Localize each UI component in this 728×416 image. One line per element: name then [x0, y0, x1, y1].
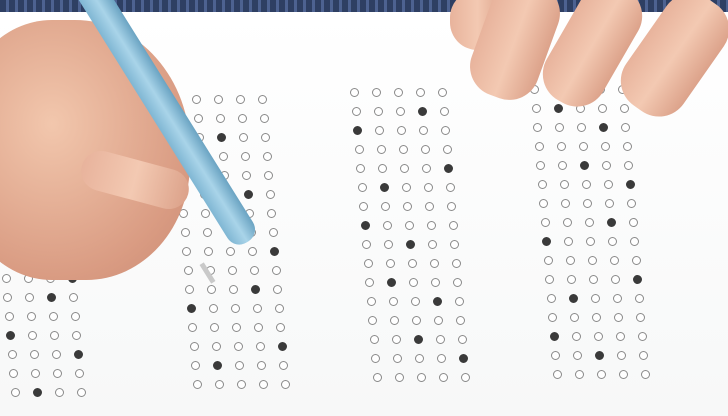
answer-bubble — [447, 202, 456, 211]
answer-bubble — [604, 180, 613, 189]
answer-bubble — [437, 354, 446, 363]
answer-bubble — [409, 278, 418, 287]
answer-bubble — [185, 285, 194, 294]
answer-bubble — [569, 294, 578, 303]
answer-bubble — [187, 304, 196, 313]
answer-bubble — [250, 266, 259, 275]
answer-bubble — [453, 278, 462, 287]
answer-bubble — [232, 323, 241, 332]
answer-bubble — [389, 297, 398, 306]
answer-bubble — [627, 199, 636, 208]
answer-bubble — [210, 323, 219, 332]
answer-bubble — [611, 275, 620, 284]
answer-bubble — [610, 256, 619, 265]
answer-bubble — [461, 373, 470, 382]
answer-bubble — [55, 388, 64, 397]
answer-bubble — [201, 209, 210, 218]
answer-bubble — [258, 95, 267, 104]
answer-bubble — [390, 316, 399, 325]
answer-bubble — [542, 237, 551, 246]
answer-bubble — [591, 294, 600, 303]
answer-bubble — [72, 331, 81, 340]
answer-bubble — [251, 285, 260, 294]
answer-bubble — [386, 259, 395, 268]
answer-bubble — [421, 145, 430, 154]
answer-bubble — [427, 221, 436, 230]
answer-bubble — [629, 218, 638, 227]
answer-bubble — [623, 142, 632, 151]
answer-bubble — [583, 199, 592, 208]
answer-bubble — [433, 297, 442, 306]
answer-bubble — [27, 312, 36, 321]
answer-bubble — [455, 297, 464, 306]
answer-bubble — [561, 199, 570, 208]
answer-bubble — [244, 190, 253, 199]
answer-bubble — [607, 218, 616, 227]
answer-bubble — [355, 145, 364, 154]
answer-bubble — [47, 293, 56, 302]
answer-bubble — [535, 142, 544, 151]
answer-bubble — [380, 183, 389, 192]
answer-bubble — [620, 104, 629, 113]
answer-bubble — [635, 294, 644, 303]
answer-bubble — [352, 107, 361, 116]
answer-bubble — [214, 95, 223, 104]
answer-bubble — [356, 164, 365, 173]
answer-bubble — [557, 142, 566, 151]
answer-bubble — [9, 369, 18, 378]
answer-bubble — [267, 209, 276, 218]
answer-bubble — [213, 361, 222, 370]
answer-bubble — [586, 237, 595, 246]
answer-bubble — [242, 171, 251, 180]
answer-bubble — [594, 332, 603, 341]
answer-bubble — [8, 350, 17, 359]
answer-bubble — [253, 304, 262, 313]
answer-bubble — [256, 342, 265, 351]
answer-bubble — [241, 152, 250, 161]
answer-bubble — [275, 304, 284, 313]
answer-bubble — [204, 247, 213, 256]
answer-bubble — [399, 145, 408, 154]
answer-bubble — [215, 380, 224, 389]
answer-bubble — [397, 126, 406, 135]
answer-bubble — [599, 123, 608, 132]
answer-bubble — [597, 370, 606, 379]
answer-bubble — [440, 107, 449, 116]
answer-bubble — [181, 228, 190, 237]
answer-bubble — [188, 323, 197, 332]
answer-bubble — [405, 221, 414, 230]
answer-bubble — [605, 199, 614, 208]
answer-bubble — [272, 266, 281, 275]
answer-bubble — [428, 240, 437, 249]
answer-bubble — [237, 380, 246, 389]
answer-bubble — [191, 361, 200, 370]
answer-bubble — [414, 335, 423, 344]
answer-bubble — [621, 123, 630, 132]
answer-bubble — [378, 164, 387, 173]
answer-bubble — [553, 370, 562, 379]
answer-bubble — [383, 221, 392, 230]
answer-bubble — [353, 126, 362, 135]
answer-bubble — [555, 123, 564, 132]
answer-bubble — [419, 126, 428, 135]
answer-bubble — [393, 354, 402, 363]
answer-bubble — [279, 361, 288, 370]
answer-bubble — [544, 256, 553, 265]
answer-bubble — [276, 323, 285, 332]
answer-bubble — [53, 369, 62, 378]
answer-bubble — [431, 278, 440, 287]
answer-bubble — [248, 247, 257, 256]
answer-bubble — [617, 351, 626, 360]
answer-bubble — [408, 259, 417, 268]
answer-bubble — [446, 183, 455, 192]
answer-bubble — [551, 351, 560, 360]
answer-bubble — [281, 380, 290, 389]
answer-bubble — [235, 361, 244, 370]
answer-bubble — [572, 332, 581, 341]
answer-bubble — [49, 312, 58, 321]
answer-bubble — [547, 294, 556, 303]
answer-bubble — [619, 370, 628, 379]
answer-bubble — [361, 221, 370, 230]
answer-bubble — [238, 114, 247, 123]
answer-bubble — [3, 293, 12, 302]
answer-bubble — [641, 370, 650, 379]
answer-bubble — [365, 278, 374, 287]
answer-bubble — [608, 237, 617, 246]
answer-bubble — [639, 351, 648, 360]
answer-bubble — [554, 104, 563, 113]
answer-bubble — [30, 350, 39, 359]
answer-bubble — [436, 335, 445, 344]
answer-bubble — [364, 259, 373, 268]
answer-bubble — [74, 350, 83, 359]
answer-bubble — [278, 342, 287, 351]
answer-bubble — [71, 312, 80, 321]
answer-bubble — [577, 123, 586, 132]
answer-bubble — [403, 202, 412, 211]
answer-bubble — [412, 316, 421, 325]
answer-bubble — [595, 351, 604, 360]
answer-bubble — [372, 88, 381, 97]
answer-bubble — [216, 114, 225, 123]
answer-bubble — [264, 171, 273, 180]
answer-bubble — [257, 361, 266, 370]
answer-bubble — [602, 161, 611, 170]
answer-bubble — [5, 312, 14, 321]
answer-bubble — [190, 342, 199, 351]
answer-bubble — [273, 285, 282, 294]
answer-bubble — [633, 275, 642, 284]
answer-bubble — [541, 218, 550, 227]
answer-bubble — [626, 180, 635, 189]
answer-bubble — [415, 354, 424, 363]
answer-bubble — [575, 370, 584, 379]
answer-bubble — [209, 304, 218, 313]
answer-bubble — [430, 259, 439, 268]
answer-bubble — [212, 342, 221, 351]
answer-bubble — [377, 145, 386, 154]
answer-bubble — [207, 285, 216, 294]
answer-bubble — [259, 380, 268, 389]
answer-bubble — [459, 354, 468, 363]
answer-bubble — [269, 228, 278, 237]
answer-bubble — [50, 331, 59, 340]
answer-bubble — [539, 199, 548, 208]
answer-bubble — [261, 133, 270, 142]
answer-bubble — [395, 373, 404, 382]
answer-bubble — [438, 88, 447, 97]
answer-bubble — [362, 240, 371, 249]
answer-bubble — [456, 316, 465, 325]
answer-bubble — [239, 133, 248, 142]
answer-bubble — [411, 297, 420, 306]
answer-bubble — [532, 104, 541, 113]
answer-bubble — [567, 275, 576, 284]
answer-bubble — [394, 88, 403, 97]
answer-bubble — [33, 388, 42, 397]
answer-bubble — [598, 104, 607, 113]
answer-bubble — [52, 350, 61, 359]
answer-bubble — [444, 164, 453, 173]
answer-bubble — [458, 335, 467, 344]
answer-bubble — [533, 123, 542, 132]
answer-bubble — [226, 247, 235, 256]
answer-bubble — [31, 369, 40, 378]
answer-bubble — [538, 180, 547, 189]
answer-bubble — [69, 293, 78, 302]
answer-bubble — [558, 161, 567, 170]
answer-bubble — [573, 351, 582, 360]
answer-bubble — [77, 388, 86, 397]
photo-scene — [0, 0, 728, 416]
answer-bubble — [254, 323, 263, 332]
answer-bubble — [234, 342, 243, 351]
answer-bubble — [260, 114, 269, 123]
answer-bubble — [236, 95, 245, 104]
answer-bubble — [387, 278, 396, 287]
answer-bubble — [367, 297, 376, 306]
answer-bubble — [194, 114, 203, 123]
answer-bubble — [184, 266, 193, 275]
answer-bubble — [368, 316, 377, 325]
answer-bubble — [28, 331, 37, 340]
answer-bubble — [434, 316, 443, 325]
answer-bubble — [624, 161, 633, 170]
answer-bubble — [564, 237, 573, 246]
answer-bubble — [548, 313, 557, 322]
answer-bubble — [231, 304, 240, 313]
answer-bubble — [566, 256, 575, 265]
answer-bubble — [422, 164, 431, 173]
answer-bubble — [443, 145, 452, 154]
answer-bubble — [416, 88, 425, 97]
answer-bubble — [630, 237, 639, 246]
answer-bubble — [402, 183, 411, 192]
answer-bubble — [373, 373, 382, 382]
answer-bubble — [580, 161, 589, 170]
answer-bubble — [229, 285, 238, 294]
answer-bubble — [550, 332, 559, 341]
answer-bubble — [350, 88, 359, 97]
answer-bubble — [375, 126, 384, 135]
answer-bubble — [406, 240, 415, 249]
answer-bubble — [6, 331, 15, 340]
answer-bubble — [182, 247, 191, 256]
answer-bubble — [228, 266, 237, 275]
answer-bubble — [217, 133, 226, 142]
answer-bubble — [75, 369, 84, 378]
answer-bubble — [193, 380, 202, 389]
answer-bubble — [439, 373, 448, 382]
answer-bubble — [374, 107, 383, 116]
answer-bubble — [588, 256, 597, 265]
answer-bubble — [381, 202, 390, 211]
answer-bubble — [425, 202, 434, 211]
answer-bubble — [400, 164, 409, 173]
answer-bubble — [266, 190, 275, 199]
answer-bubble — [417, 373, 426, 382]
answer-bubble — [563, 218, 572, 227]
answer-bubble — [592, 313, 601, 322]
answer-bubble — [192, 95, 201, 104]
answer-bubble — [219, 152, 228, 161]
answer-bubble — [396, 107, 405, 116]
answer-bubble — [384, 240, 393, 249]
answer-bubble — [418, 107, 427, 116]
answer-bubble — [203, 228, 212, 237]
answer-bubble — [11, 388, 20, 397]
answer-bubble — [263, 152, 272, 161]
answer-bubble — [589, 275, 598, 284]
answer-bubble — [371, 354, 380, 363]
answer-bubble — [613, 294, 622, 303]
answer-bubble — [616, 332, 625, 341]
answer-bubble — [449, 221, 458, 230]
answer-bubble — [2, 274, 11, 283]
answer-bubble — [270, 247, 279, 256]
answer-bubble — [25, 293, 34, 302]
answer-bubble — [358, 183, 367, 192]
answer-bubble — [452, 259, 461, 268]
answer-bubble — [585, 218, 594, 227]
answer-bubble — [601, 142, 610, 151]
answer-bubble — [638, 332, 647, 341]
answer-bubble — [632, 256, 641, 265]
answer-bubble — [545, 275, 554, 284]
answer-bubble — [579, 142, 588, 151]
answer-bubble — [570, 313, 579, 322]
answer-bubble — [359, 202, 368, 211]
answer-bubble — [424, 183, 433, 192]
answer-bubble — [441, 126, 450, 135]
answer-bubble — [614, 313, 623, 322]
answer-bubble — [370, 335, 379, 344]
answer-bubble — [560, 180, 569, 189]
answer-bubble — [450, 240, 459, 249]
answer-bubble — [536, 161, 545, 170]
answer-bubble — [582, 180, 591, 189]
answer-bubble — [636, 313, 645, 322]
answer-bubble — [392, 335, 401, 344]
